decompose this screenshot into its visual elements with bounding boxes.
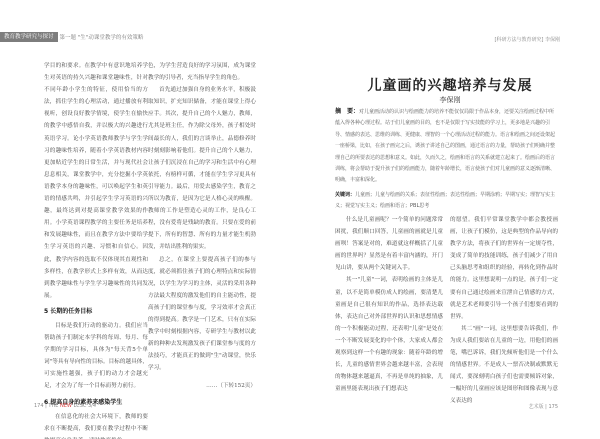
paragraph: 色，为学生营造良好的学习氛围，成为课堂教学的引导者，充当指导学生的角色。	[148, 60, 256, 84]
continued-note: ……（下转152页）	[148, 380, 256, 392]
right-column-1: 什么是儿童画呢？一个简单的问题常常困扰，我们顺口回答，儿童画的画就是儿童画呗！答…	[335, 214, 443, 395]
paragraph: 其二"画"一词，这里想要告诉我们，作为成人我们要站在儿童的一边，用他们的画笔，嘴…	[450, 323, 558, 408]
running-title: 第一题 "生"动课堂教学的有效策略	[60, 33, 144, 41]
keywords: 关键词：儿童画；儿童与绘画的关系；表征性绘画；表达性绘画；早期涂鸦；早期写实；理…	[335, 190, 557, 212]
paragraph: 其一"儿童"一词，表明绘画的主体是儿童，以不是简单模仿成人的绘画，要清楚儿童画是…	[335, 274, 443, 395]
page-number: 175	[548, 404, 558, 410]
article-author: 李保刚	[300, 95, 600, 105]
paragraph: 首先通过加强自身的业务水平，积极汲取知识，扩充知识储备，才能在课堂上得心应手。其…	[148, 84, 256, 253]
paragraph: 学目的和要求。在教学中有意识地培养学生对英语的持久兴趣和课堂趣味性，针对不同年龄…	[44, 60, 148, 302]
section-heading: 5 长期的任务目标	[44, 306, 148, 318]
paragraph: 在信息化的社会大环境下，教师的要求在不断提高，我们要在教学过程中不断地提高自身素…	[44, 411, 148, 439]
paragraph: 的愿望。我们平常课堂教学中都会教授画画，让孩子们模仿，这是典型的作品导向的教学方…	[450, 214, 558, 323]
running-header: 教育教学研究与探讨 第一题 "生"动课堂教学的有效策略	[0, 32, 143, 42]
abstract-text: 对儿童画活动的认识与绘画能力的培养不能仅仅局限于作品本身，还要关注绘画过程中所蕴…	[335, 109, 555, 183]
magazine-name: THE NEW LCSC 3/4	[48, 403, 96, 409]
page-footer: 174 | THE NEW LCSC 3/4	[34, 403, 96, 409]
right-column-2: 的愿望。我们平常课堂教学中都会教授画画，让孩子们模仿，这是典型的作品导向的教学方…	[450, 214, 558, 408]
abstract: 摘 要：对儿童画活动的认识与绘画能力的培养不能仅仅局限于作品本身，还要关注绘画过…	[335, 106, 557, 187]
page-footer: 艺术版 | 175	[529, 403, 558, 410]
paragraph: 什么是儿童画呢？一个简单的问题常常困扰，我们顺口回答，儿童画的画就是儿童画呗！答…	[335, 214, 443, 274]
keywords-text: 儿童画；儿童与绘画的关系；表征性绘画；表达性绘画；早期涂鸦；早期写实；理智写实主…	[335, 192, 555, 209]
article-title: 儿童画的兴趣培养与发展	[300, 75, 600, 95]
running-header: [科研方法与教育研究] 李保刚	[495, 36, 561, 43]
section-tag: 教育教学研究与探讨	[0, 32, 58, 42]
keywords-label: 关键词：	[335, 192, 355, 198]
paragraph: 目标是我们行动的驱动力。我们应当帮助孩子们制定本学科的每周、每月、每学期的学习目…	[44, 320, 148, 393]
section-name: 艺术版	[529, 404, 544, 410]
left-page: 教育教学研究与探讨 第一题 "生"动课堂教学的有效策略 学目的和要求。在教学中有…	[0, 0, 300, 439]
left-column-1: 学目的和要求。在教学中有意识地培养学生对英语的持久兴趣和课堂趣味性，针对不同年龄…	[44, 60, 148, 439]
abstract-label: 摘 要：	[335, 108, 359, 115]
right-page: [科研方法与教育研究] 李保刚 儿童画的兴趣培养与发展 李保刚 摘 要：对儿童画…	[300, 0, 600, 439]
left-column-2: 色，为学生营造良好的学习氛围，成为课堂教学的引导者，充当指导学生的角色。 首先通…	[148, 60, 256, 393]
page-number: 174	[34, 403, 44, 409]
paragraph: 总之，在课堂上要提高孩子们的参与度，就必须抓住孩子们的心理特点和实际情况，以学生…	[148, 254, 256, 375]
